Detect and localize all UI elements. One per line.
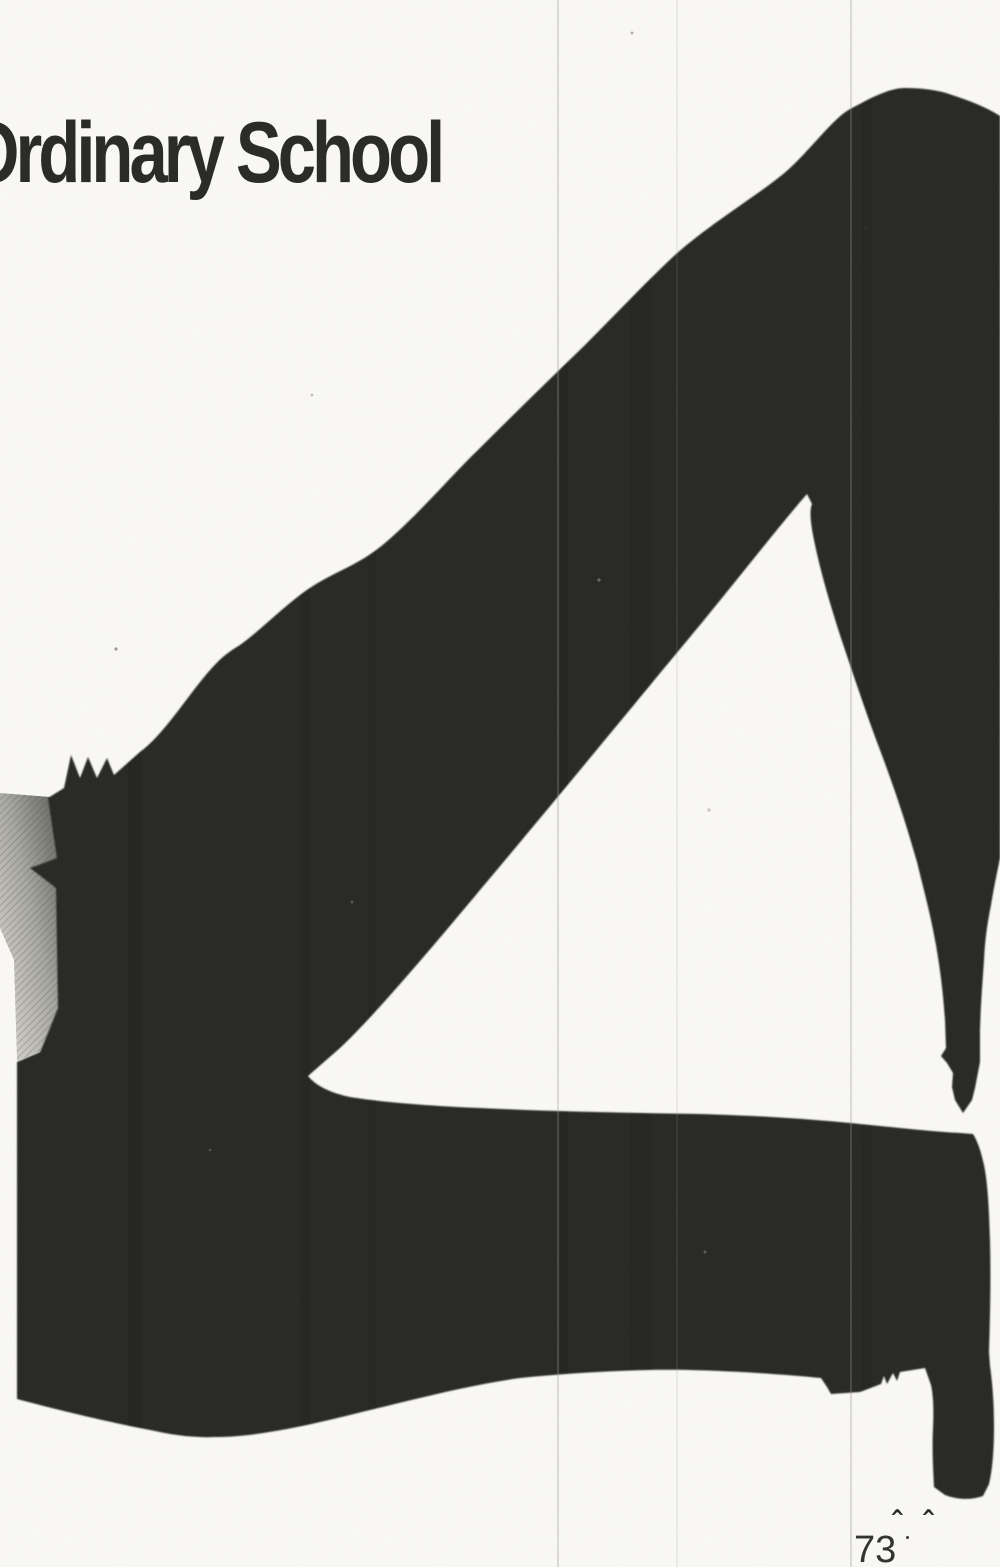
- silhouette-graphic: [0, 0, 1000, 1567]
- scan-noise: [0, 0, 1000, 1567]
- scanned-page: Ordinary School ^ ^ 73: [0, 0, 1000, 1567]
- dot-mark: [906, 1536, 909, 1539]
- caret-marks: ^ ^: [891, 1508, 938, 1529]
- page-title: Ordinary School: [0, 110, 441, 196]
- page-number: 73: [854, 1531, 896, 1567]
